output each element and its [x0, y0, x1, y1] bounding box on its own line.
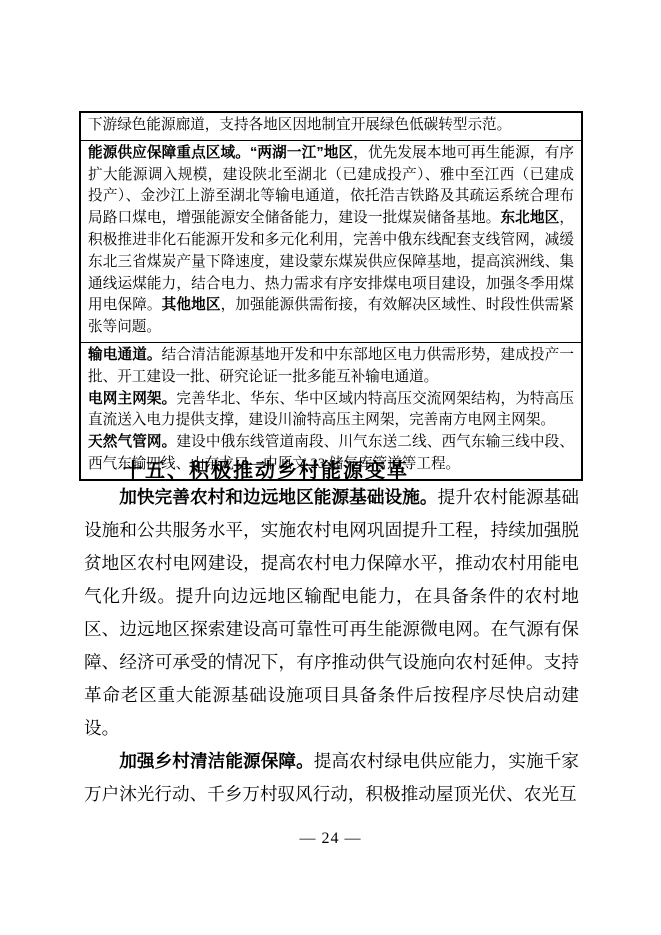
paragraph-main-grid: 电网主网架。完善华北、华东、华中区域内特高压交流网架结构，为特高压直流送入电力提…: [88, 389, 574, 433]
page-number: — 24 —: [0, 830, 661, 848]
bold-term-gas-pipeline: 天然气管网。: [88, 434, 176, 450]
table-row-green-corridor: 下游绿色能源廊道，支持各地区因地制宜开展绿色低碳转型示范。: [81, 113, 581, 140]
paragraph-rural-infrastructure: 加快完善农村和边远地区能源基础设施。提升农村能源基础设施和公共服务水平，实施农村…: [84, 481, 579, 745]
energy-plan-table: 下游绿色能源廊道，支持各地区因地制宜开展绿色低碳转型示范。 能源供应保障重点区域…: [79, 111, 583, 481]
table-cell-text: 能源供应保障重点区域。“两湖一江”地区，优先发展本地可再生能源，有序扩大能源调入…: [88, 143, 574, 339]
table-row-supply-regions: 能源供应保障重点区域。“两湖一江”地区，优先发展本地可再生能源，有序扩大能源调入…: [81, 140, 581, 342]
bold-term-transmission-corridors: 输电通道。: [88, 347, 162, 363]
bold-term-main-grid: 电网主网架。: [88, 391, 176, 407]
table-cell-text: 下游绿色能源廊道，支持各地区因地制宜开展绿色低碳转型示范。: [88, 115, 574, 137]
paragraph-lead-sentence: 加快完善农村和边远地区能源基础设施。: [119, 487, 437, 507]
document-page: 下游绿色能源廊道，支持各地区因地制宜开展绿色低碳转型示范。 能源供应保障重点区域…: [0, 0, 661, 935]
bold-term-other-regions: 其他地区: [162, 297, 221, 313]
section-heading: 十五、积极推动乡村能源变革: [123, 454, 409, 483]
paragraph-rural-clean-energy: 加强乡村清洁能源保障。提高农村绿电供应能力，实施千家万户沐光行动、千乡万村驭风行…: [84, 745, 579, 811]
paragraph-lead-sentence: 加强乡村清洁能源保障。: [119, 751, 314, 771]
paragraph-transmission-corridors: 输电通道。结合清洁能源基地开发和中东部地区电力供需形势，建成投产一批、开工建设一…: [88, 345, 574, 389]
cell-text-segment: 结合清洁能源基地开发和中东部地区电力供需形势，建成投产一批、开工建设一批、研究论…: [88, 347, 574, 385]
bold-term-supply-regions: 能源供应保障重点区域。“两湖一江”地区: [88, 145, 353, 161]
paragraph-body-text: 提升农村能源基础设施和公共服务水平，实施农村电网巩固提升工程，持续加强脱贫地区农…: [84, 487, 579, 738]
bold-term-northeast-region: 东北地区: [500, 210, 559, 226]
